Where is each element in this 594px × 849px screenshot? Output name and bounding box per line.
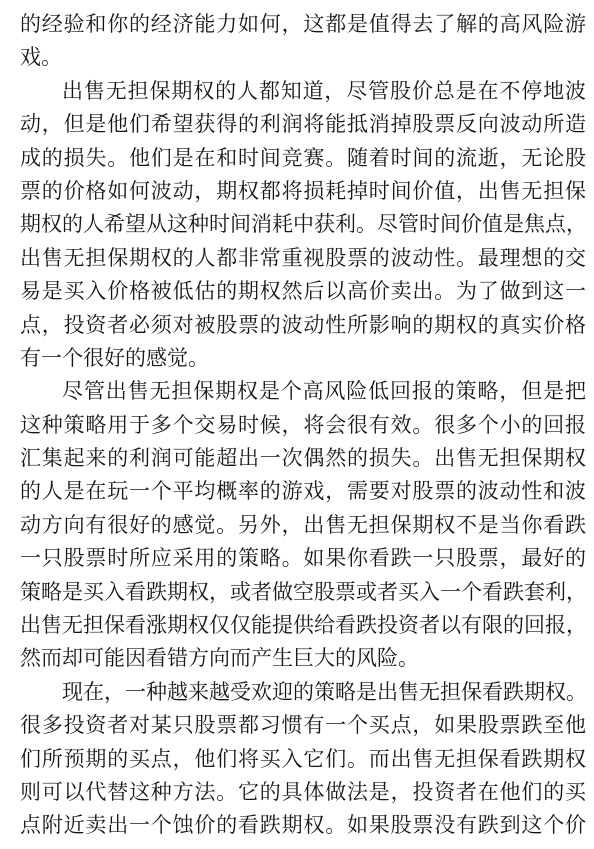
text-line: 成的损失。他们是在和时间竞赛。随着时间的流逝，无论股 <box>20 142 586 175</box>
text-line: 有一个很好的感觉。 <box>20 342 586 375</box>
text-line: 们所预期的买点，他们将买入它们。而出售无担保看跌期权 <box>20 743 586 776</box>
text-line: 戏。 <box>20 41 586 74</box>
text-line: 票的价格如何波动，期权都将损耗掉时间价值，出售无担保 <box>20 175 586 208</box>
book-page: 的经验和你的经济能力如何，这都是值得去了解的高风险游 戏。 出售无担保期权的人都… <box>0 0 594 849</box>
text-line: 这种策略用于多个交易时候，将会很有效。很多个小的回报 <box>20 409 586 442</box>
text-line paragraph-start: 现在，一种越来越受欢迎的策略是出售无担保看跌期权。 <box>20 676 586 709</box>
text-line: 的人是在玩一个平均概率的游戏，需要对股票的波动性和波 <box>20 475 586 508</box>
text-line: 汇集起来的利润可能超出一次偶然的损失。出售无担保期权 <box>20 442 586 475</box>
text-line: 很多投资者对某只股票都习惯有一个买点，如果股票跌至他 <box>20 709 586 742</box>
text-line: 点，投资者必须对被股票的波动性所影响的期权的真实价格 <box>20 309 586 342</box>
text-line: 出售无担保期权的人都非常重视股票的波动性。最理想的交 <box>20 242 586 275</box>
body-text: 的经验和你的经济能力如何，这都是值得去了解的高风险游 戏。 出售无担保期权的人都… <box>20 8 586 843</box>
text-line: 点附近卖出一个蚀价的看跌期权。如果股票没有跌到这个价 <box>20 809 586 842</box>
text-line: 一只股票时所应采用的策略。如果你看跌一只股票，最好的 <box>20 542 586 575</box>
text-line: 易是买入价格被低估的期权然后以高价卖出。为了做到这一 <box>20 275 586 308</box>
text-line paragraph-start: 出售无担保期权的人都知道，尽管股价总是在不停地波 <box>20 75 586 108</box>
text-line: 策略是买入看跌期权，或者做空股票或者买入一个看跌套利， <box>20 576 586 609</box>
text-line: 出售无担保看涨期权仅仅能提供给看跌投资者以有限的回报， <box>20 609 586 642</box>
text-line: 则可以代替这种方法。它的具体做法是，投资者在他们的买 <box>20 776 586 809</box>
text-line: 然而却可能因看错方向而产生巨大的风险。 <box>20 642 586 675</box>
text-line: 动方向有很好的感觉。另外，出售无担保期权不是当你看跌 <box>20 509 586 542</box>
text-line paragraph-start: 尽管出售无担保期权是个高风险低回报的策略，但是把 <box>20 375 586 408</box>
text-line: 的经验和你的经济能力如何，这都是值得去了解的高风险游 <box>20 8 586 41</box>
text-line: 期权的人希望从这种时间消耗中获利。尽管时间价值是焦点， <box>20 208 586 241</box>
text-line: 动，但是他们希望获得的利润将能抵消掉股票反向波动所造 <box>20 108 586 141</box>
